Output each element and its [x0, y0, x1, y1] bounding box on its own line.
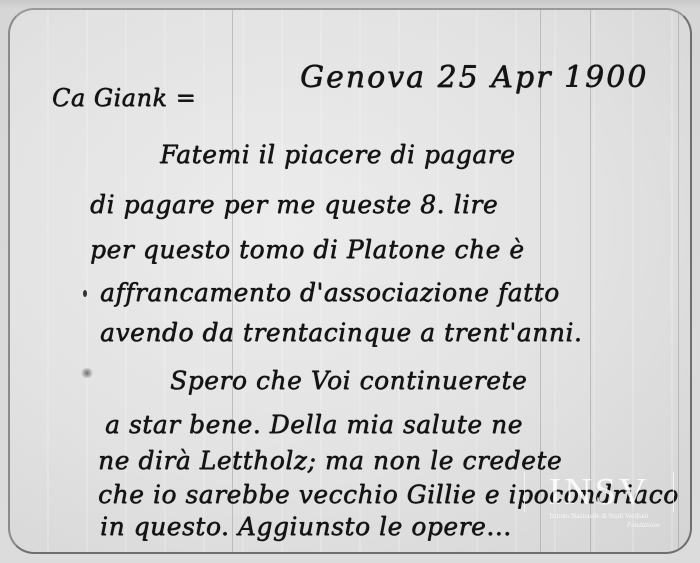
- ink-dot: [83, 290, 87, 297]
- watermark-subtitle: Istituto Nazionale di Studi Verdiani: [524, 512, 674, 521]
- letter-line: affrancamento d'associazione fatto: [100, 278, 560, 307]
- letter-line: Spero che Voi continuerete: [170, 366, 527, 395]
- letter-line: in questo. Aggiunsto le opere...: [100, 512, 512, 541]
- letter-line: Fatemi il piacere di pagare: [160, 140, 515, 169]
- letter-place-date: Genova 25 Apr 1900: [300, 60, 648, 95]
- watermark-tagline: Fondazione: [524, 521, 674, 530]
- letter-line: di pagare per me queste 8. lire: [90, 190, 498, 219]
- letter-line: ne dirà Lettholz; ma non le credete: [98, 446, 562, 475]
- letter-line: avendo da trentacinque a trent'anni.: [100, 318, 582, 347]
- letter-card: Ca Giank = Genova 25 Apr 1900 Fatemi il …: [8, 8, 692, 554]
- ink-smudge: [80, 368, 94, 378]
- scanned-letter-image: Ca Giank = Genova 25 Apr 1900 Fatemi il …: [0, 0, 700, 563]
- letter-line: a star bene. Della mia salute ne: [105, 410, 523, 439]
- letter-line: che io sarebbe vecchio Gillie e ipocondr…: [98, 480, 679, 509]
- letter-salutation: Ca Giank =: [52, 84, 196, 112]
- letter-line: per questo tomo di Platone che è: [90, 235, 525, 264]
- film-scratch: [678, 10, 679, 552]
